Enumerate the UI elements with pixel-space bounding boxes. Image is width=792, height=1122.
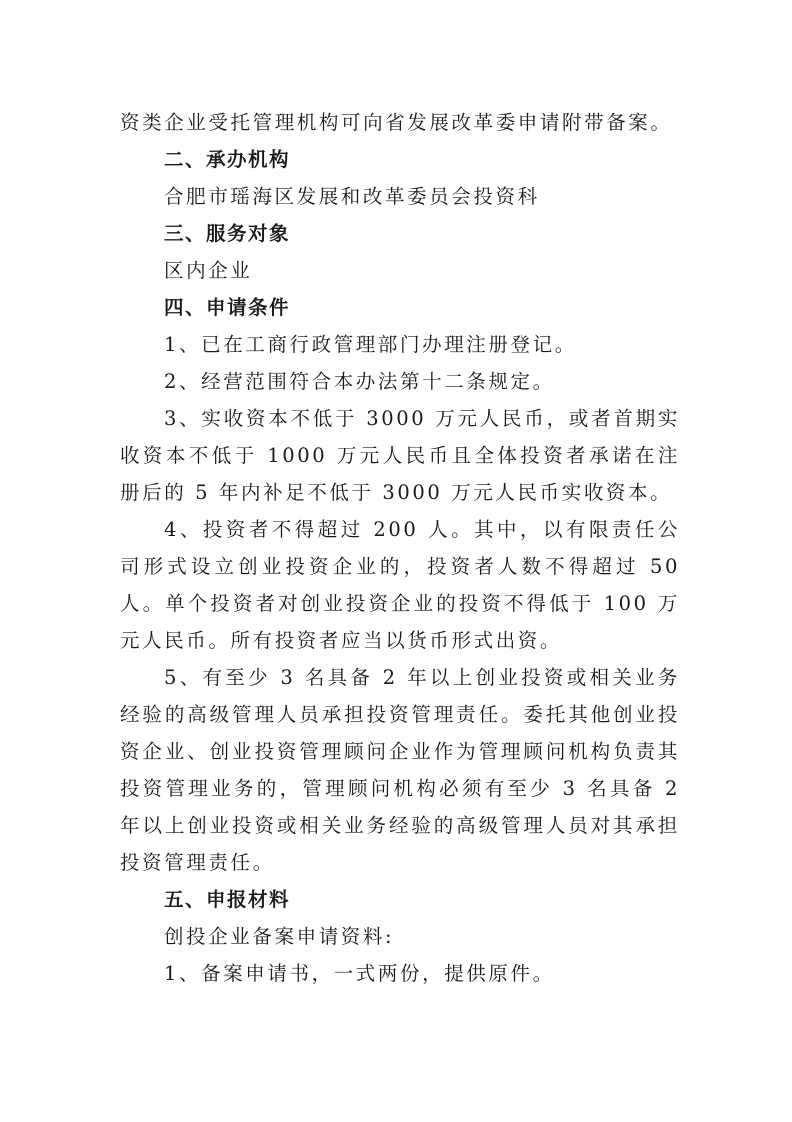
materials-item-1: 1、备案申请书，一式两份，提供原件。 bbox=[120, 955, 680, 992]
section-heading-service-target: 三、服务对象 bbox=[120, 215, 680, 252]
condition-item-2: 2、经营范围符合本办法第十二条规定。 bbox=[120, 363, 680, 400]
section-heading-organizer: 二、承办机构 bbox=[120, 141, 680, 178]
section-body-organizer: 合肥市瑶海区发展和改革委员会投资科 bbox=[120, 178, 680, 215]
document-page: 资类企业受托管理机构可向省发展改革委申请附带备案。 二、承办机构 合肥市瑶海区发… bbox=[120, 104, 680, 992]
condition-item-1: 1、已在工商行政管理部门办理注册登记。 bbox=[120, 326, 680, 363]
section-heading-conditions: 四、申请条件 bbox=[120, 289, 680, 326]
materials-intro: 创投企业备案申请资料: bbox=[120, 918, 680, 955]
section-body-service-target: 区内企业 bbox=[120, 252, 680, 289]
section-heading-materials: 五、申报材料 bbox=[120, 881, 680, 918]
condition-item-5: 5、有至少 3 名具备 2 年以上创业投资或相关业务经验的高级管理人员承担投资管… bbox=[120, 659, 680, 881]
condition-item-3: 3、实收资本不低于 3000 万元人民币，或者首期实收资本不低于 1000 万元… bbox=[120, 400, 680, 511]
continuation-line: 资类企业受托管理机构可向省发展改革委申请附带备案。 bbox=[120, 104, 680, 141]
condition-item-4: 4、投资者不得超过 200 人。其中，以有限责任公司形式设立创业投资企业的，投资… bbox=[120, 511, 680, 659]
